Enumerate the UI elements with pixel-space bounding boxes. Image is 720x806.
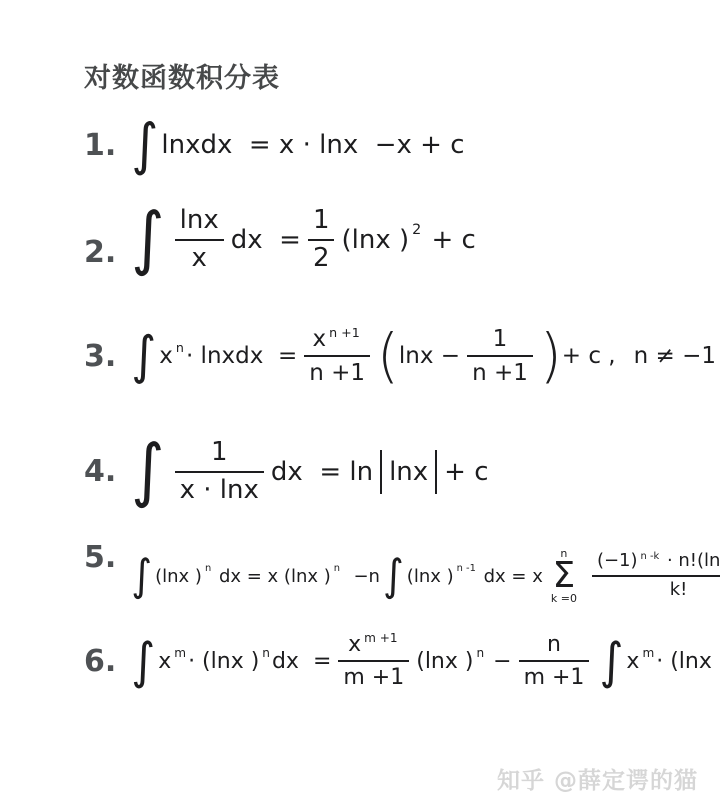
integral-icon: ∫ <box>131 209 164 271</box>
formula-1-number: 1. <box>84 128 116 163</box>
fraction-denominator: n +1 <box>304 360 370 386</box>
fraction-x-power-over-m-plus-1: xm +1 m +1 <box>338 632 409 691</box>
fraction-numerator: 1 <box>308 206 335 236</box>
sigma-icon: Σ <box>553 559 576 593</box>
fraction-denominator: m +1 <box>519 665 590 690</box>
exponent: 2 <box>412 222 421 238</box>
exponent: m <box>174 646 186 660</box>
formula-4-tail: + c <box>444 457 488 487</box>
integral-icon: ∫ <box>131 120 158 171</box>
sum-lower-limit: k =0 <box>551 593 577 604</box>
formula-5-term: −n <box>342 566 380 587</box>
fraction-denominator: x · lnx <box>175 476 264 506</box>
formula-6: 6. ∫ x m · (lnx ) n dx = xm +1 m +1 (lnx… <box>84 632 720 691</box>
fraction-bar <box>175 239 224 241</box>
fraction-bar <box>519 660 590 662</box>
fraction-numerator: 1 <box>206 438 233 468</box>
exponent: n +1 <box>329 325 360 340</box>
fraction-bar <box>338 660 409 662</box>
formula-2-paren: (lnx ) <box>341 225 409 255</box>
integral-icon: ∫ <box>131 441 164 503</box>
zhihu-watermark: 知乎 @薛定谔的猫 <box>497 762 698 795</box>
numerator-part: (−1) <box>597 550 638 571</box>
fraction-denominator: x <box>186 244 211 274</box>
abs-bar-right <box>435 450 437 494</box>
exponent: n <box>262 646 270 660</box>
formula-5-term: (lnx ) <box>407 566 454 587</box>
fraction-n-over-m-plus-1: n m +1 <box>519 632 590 691</box>
exponent: n <box>334 563 340 574</box>
fraction-numerator: 1 <box>488 326 513 352</box>
formula-4-inner: lnx <box>389 457 428 487</box>
fraction-numerator: n <box>542 632 566 657</box>
formula-6-base: x <box>626 649 639 674</box>
fraction-bar <box>304 355 370 357</box>
numerator-part: · n!(ln k ) <box>661 550 720 571</box>
integral-icon: ∫ <box>599 639 623 684</box>
summation-symbol: n Σ k =0 <box>551 548 577 604</box>
formula-sheet-page: 对数函数积分表 1. ∫ lnxdx = x · lnx −x + c 2. ∫… <box>0 0 720 806</box>
formula-1: 1. ∫ lnxdx = x · lnx −x + c <box>84 122 465 169</box>
abs-bar-left <box>380 450 382 494</box>
fraction-bar <box>308 239 335 241</box>
fraction-denominator: n +1 <box>467 360 533 386</box>
fraction-numerator: (−1)n -k · n!(ln k )k <box>592 551 720 572</box>
formula-6-base: x <box>158 649 171 674</box>
integral-icon: ∫ <box>383 557 404 596</box>
formula-5-term: dx = x (lnx ) <box>213 566 331 587</box>
fraction-one-over-n-plus-1: 1 n +1 <box>467 326 533 387</box>
numerator-base: x <box>313 326 327 352</box>
left-paren: ( <box>377 331 399 381</box>
formula-3-mid: · lnxdx = <box>186 343 297 369</box>
formula-4: 4. ∫ 1 x · lnx dx = ln lnx + c <box>84 438 489 506</box>
formula-5-term: dx = x <box>478 566 543 587</box>
formula-3-inner: lnx − <box>399 343 460 369</box>
right-paren: ) <box>540 331 562 381</box>
formula-6-number: 6. <box>84 644 116 679</box>
formula-1-body: lnxdx = x · lnx −x + c <box>161 130 464 160</box>
formula-3-number: 3. <box>84 339 116 374</box>
exponent: n <box>176 340 184 355</box>
integral-icon: ∫ <box>131 639 155 684</box>
formula-6-term: − <box>486 649 511 674</box>
fraction-bar <box>467 355 533 357</box>
fraction-bar <box>592 575 720 577</box>
formula-6-term: · (lnx ) <box>656 649 720 674</box>
numerator-base: x <box>348 632 361 657</box>
formula-5-number: 5. <box>84 540 116 575</box>
fraction-sum-term: (−1)n -k · n!(ln k )k k! <box>592 551 720 600</box>
formula-4-number: 4. <box>84 454 116 489</box>
integral-icon: ∫ <box>131 557 152 596</box>
exponent: n -1 <box>457 563 476 574</box>
fraction-one-over-x-lnx: 1 x · lnx <box>175 438 264 506</box>
formula-6-term: dx = <box>272 649 331 674</box>
formula-2-mid: dx = <box>231 225 301 255</box>
fraction-denominator: m +1 <box>338 665 409 690</box>
page-title: 对数函数积分表 <box>84 56 280 95</box>
fraction-numerator: xm +1 <box>343 632 404 657</box>
formula-2-number: 2. <box>84 235 116 270</box>
formula-2: 2. ∫ lnx x dx = 1 2 (lnx ) 2 + c <box>84 206 476 274</box>
formula-6-term: (lnx ) <box>416 649 473 674</box>
exponent: m +1 <box>364 631 397 645</box>
fraction-lnx-over-x: lnx x <box>175 206 224 274</box>
formula-5-term: (lnx ) <box>155 566 202 587</box>
formula-3-base: x <box>159 343 173 369</box>
formula-3-condition: n ≠ −1 <box>634 343 716 369</box>
exponent: n <box>205 563 211 574</box>
fraction-denominator: 2 <box>308 244 335 274</box>
fraction-denominator: k! <box>665 580 693 601</box>
exponent: n -k <box>641 551 660 562</box>
fraction-bar <box>175 471 264 473</box>
formula-5: 5. ∫ (lnx ) n dx = x (lnx ) n −n ∫ (lnx … <box>84 548 720 604</box>
exponent: n <box>476 646 484 660</box>
fraction-one-half: 1 2 <box>308 206 335 274</box>
formula-3-tail: + c , <box>562 343 616 369</box>
formula-2-tail: + c <box>423 225 476 255</box>
fraction-numerator: xn +1 <box>308 326 367 352</box>
fraction-x-power-over-n-plus-1: xn +1 n +1 <box>304 326 370 387</box>
exponent: m <box>642 646 654 660</box>
fraction-numerator: lnx <box>175 206 224 236</box>
formula-3: 3. ∫ x n · lnxdx = xn +1 n +1 ( lnx − 1 … <box>84 326 716 387</box>
integral-icon: ∫ <box>131 333 156 380</box>
formula-6-term: · (lnx ) <box>188 649 259 674</box>
formula-4-mid: dx = ln <box>271 457 373 487</box>
